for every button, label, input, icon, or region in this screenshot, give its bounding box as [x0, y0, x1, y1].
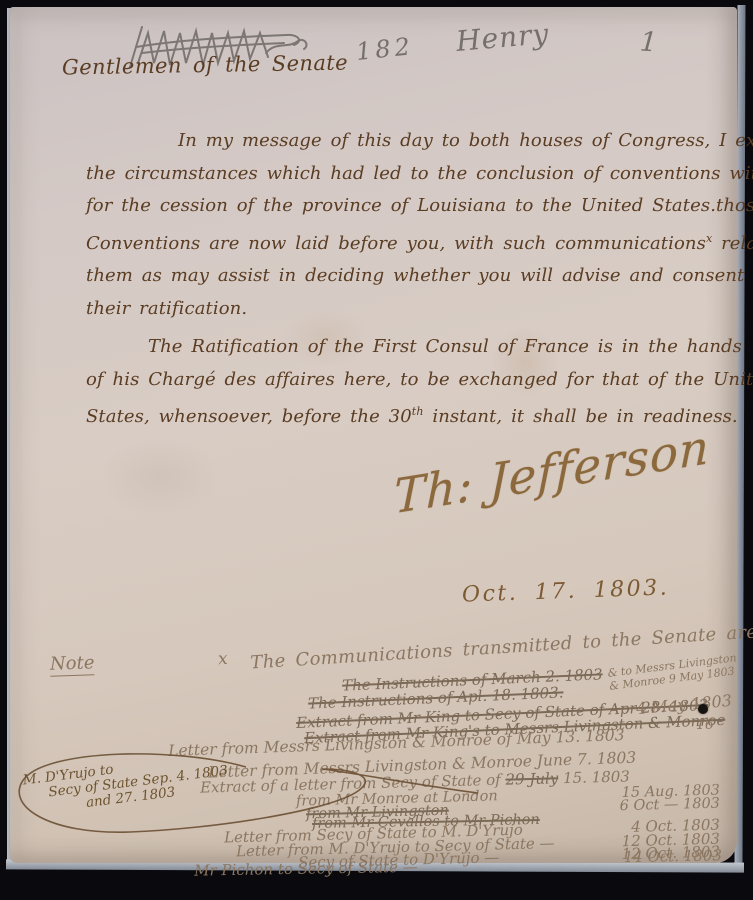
superscript-th: th: [412, 405, 424, 418]
pencil-page-number: 1: [639, 26, 658, 58]
text-line: their ratification.: [86, 293, 718, 326]
text-segment: States, whensoever, before the 30: [86, 406, 412, 427]
note-label: Note: [50, 652, 95, 677]
note-text: Mr Pichon to Secy of State —: [194, 858, 418, 880]
text-line: Conventions are now laid before you, wit…: [86, 223, 718, 261]
date-line: Oct. 17. 1803.: [462, 575, 670, 607]
body-paragraph-1: In my message of this day to both houses…: [86, 125, 718, 325]
text-line: In my message of this day to both houses…: [86, 125, 718, 158]
hole-mark: [698, 704, 708, 714]
side-number: 16: [696, 717, 714, 733]
body-paragraph-2: The Ratification of the First Consul of …: [86, 331, 718, 434]
note-date: 14 Oct. 1803: [624, 846, 723, 866]
text-line: of his Chargé des affaires here, to be e…: [86, 364, 718, 397]
jefferson-signature: Th: Jefferson: [393, 420, 710, 526]
text-line: The Ratification of the First Consul of …: [86, 331, 718, 364]
text-line: the circumstances which had led to the c…: [86, 158, 718, 191]
manuscript-page: 182 Henry 1 Gentlemen of the Senate In m…: [10, 7, 737, 863]
text-segment: for the cession of the province of Louis…: [86, 190, 716, 223]
circled-marginal-note: M. D'Yrujo to Secy of State Sep. 4. 1803…: [22, 749, 231, 819]
salutation: Gentlemen of the Senate: [62, 51, 348, 80]
side-annotation: & to Messrs Livingston & Monroe 9 May 18…: [607, 651, 739, 693]
caret-mark: x: [706, 232, 712, 245]
paper-stain: [100, 437, 220, 517]
pencil-number: 182: [355, 32, 415, 66]
text-line: them as may assist in deciding whether y…: [86, 260, 718, 293]
text-segment: Conventions are now laid before you, wit…: [86, 233, 706, 254]
text-line: States, whensoever, before the 30th inst…: [86, 396, 718, 434]
struck-segment: 29 July: [505, 769, 558, 788]
manuscript-scan: 182 Henry 1 Gentlemen of the Senate In m…: [0, 0, 753, 900]
note-reference-mark: x: [217, 649, 228, 670]
text-segment: relating to: [721, 233, 753, 254]
pencil-name: Henry: [455, 17, 551, 58]
text-segment: those: [716, 190, 753, 223]
text-line: for the cession of the province of Louis…: [86, 190, 718, 223]
